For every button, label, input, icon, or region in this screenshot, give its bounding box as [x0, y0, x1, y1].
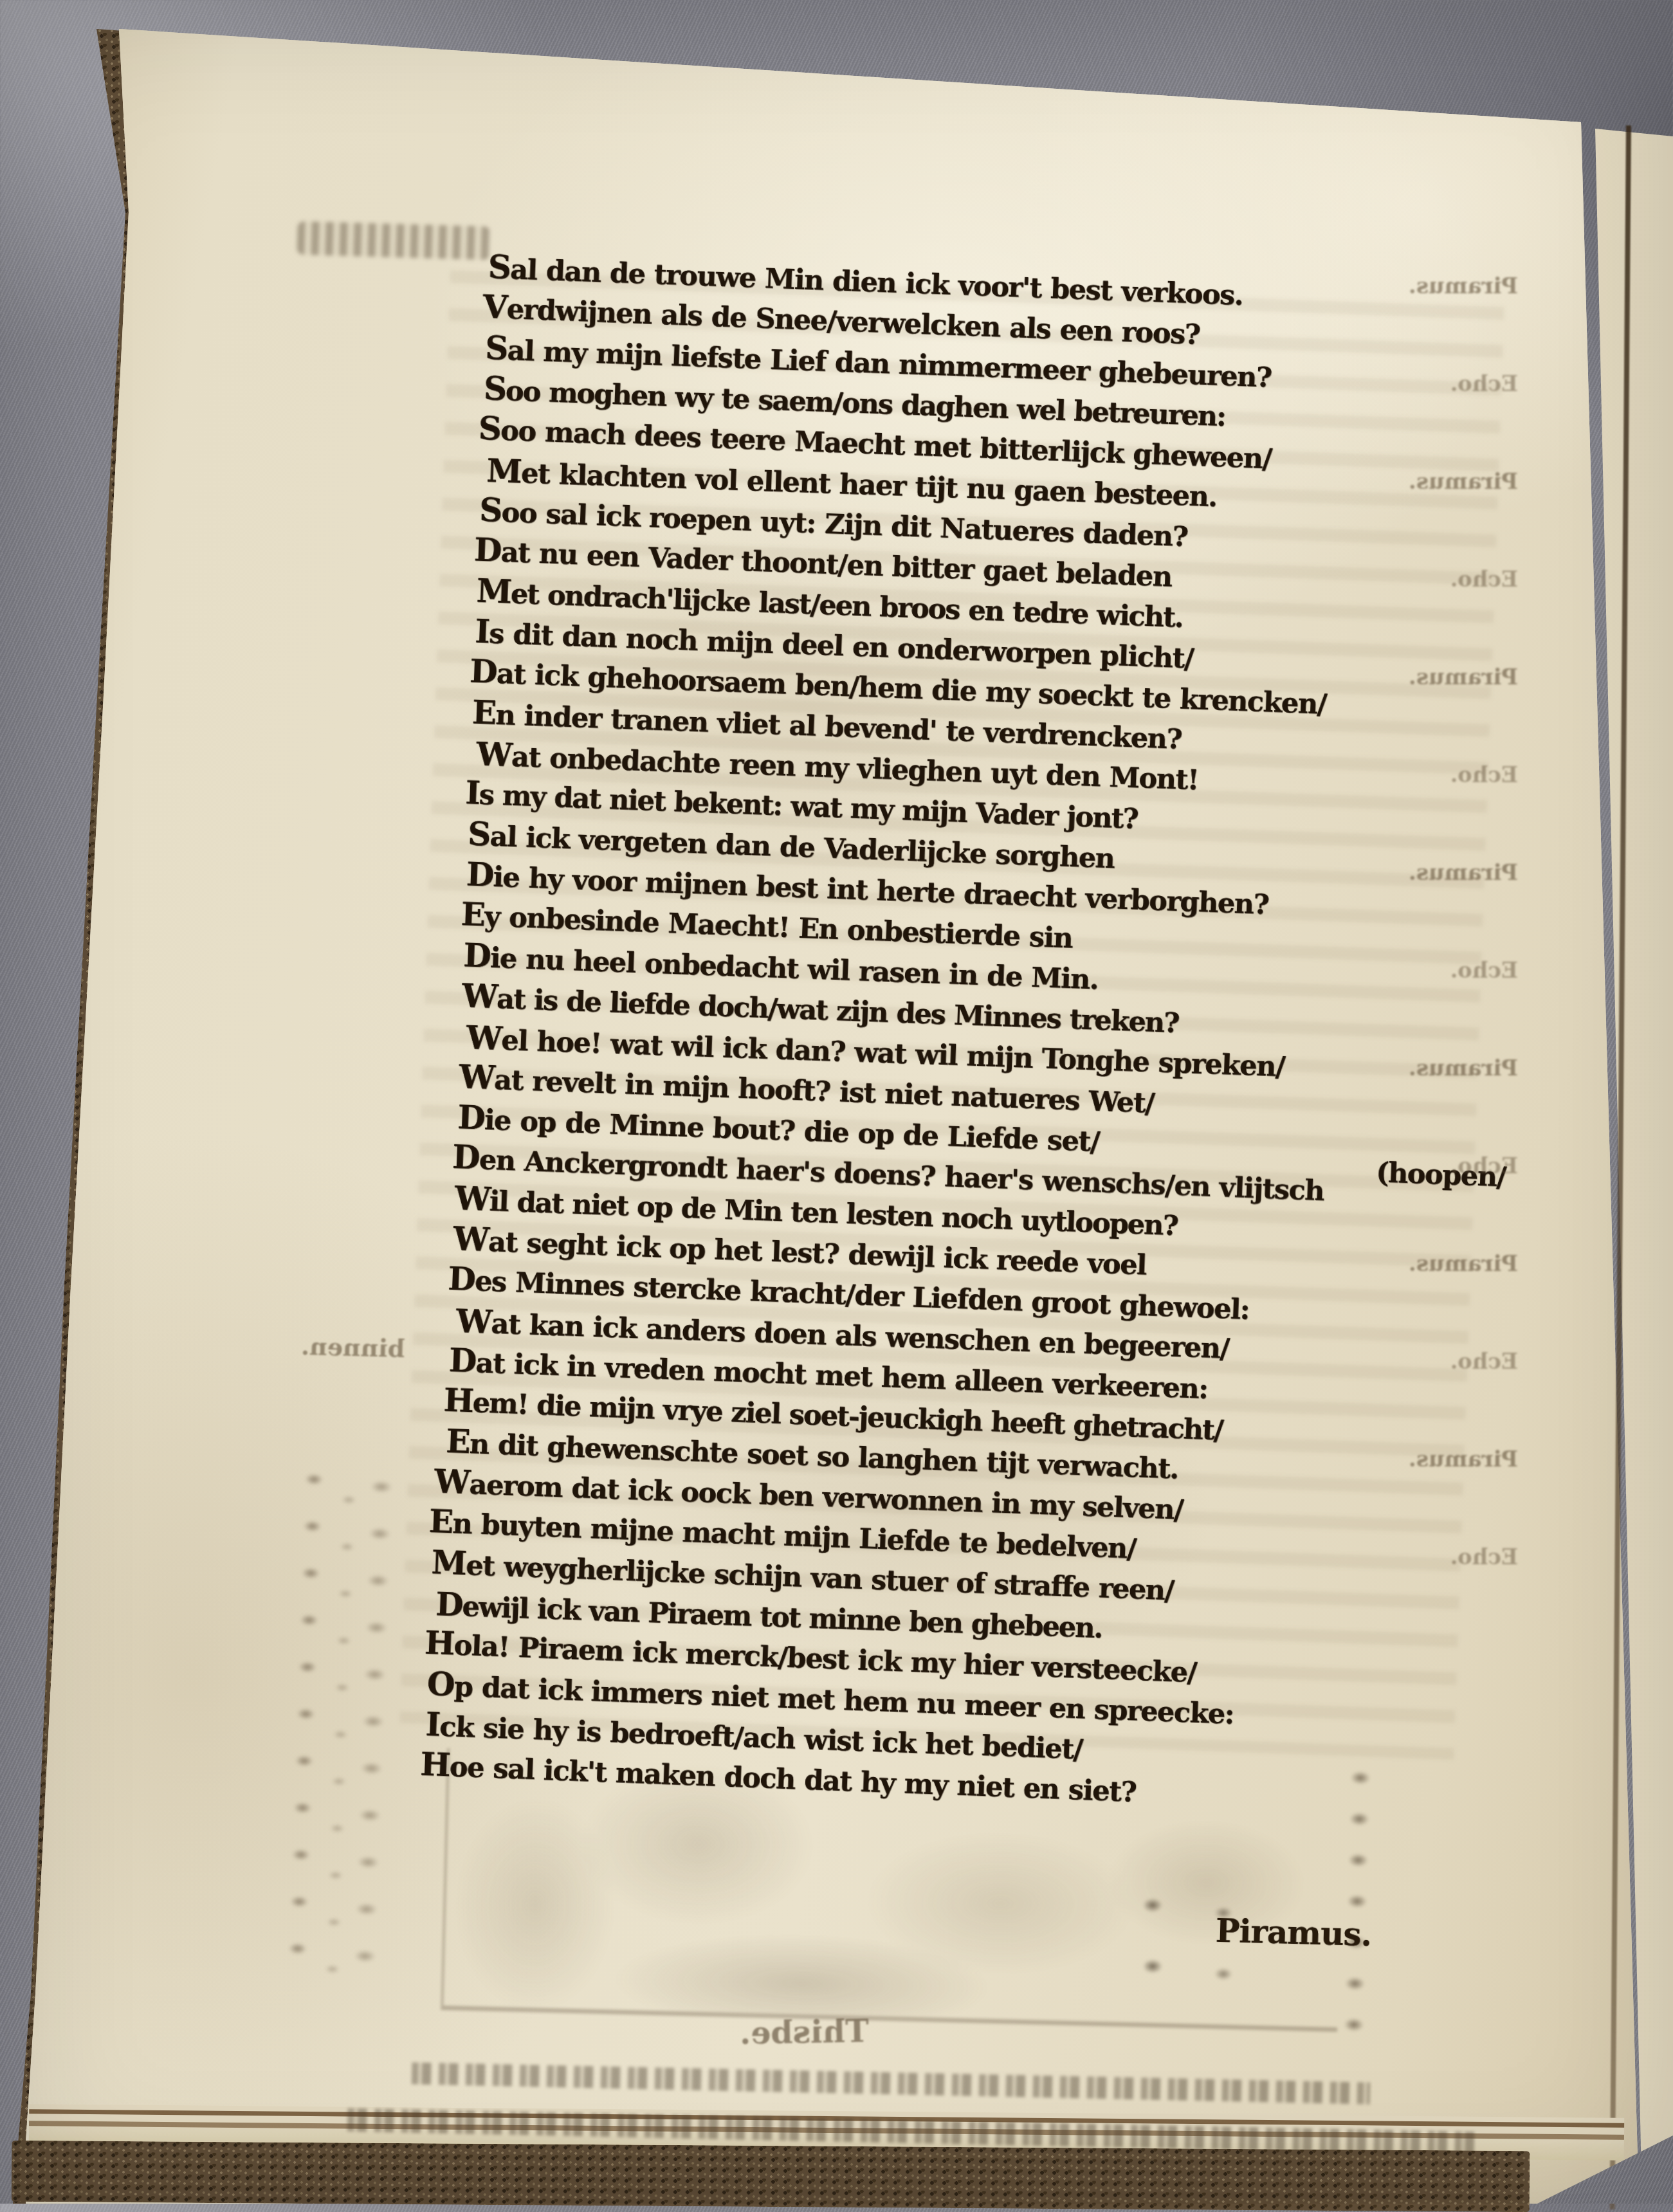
showthrough-speaker-name: Piramus.	[1357, 860, 1518, 886]
showthrough-speaker-name: Echo.	[1374, 1153, 1518, 1179]
showthrough-speaker-name: Piramus.	[1357, 469, 1518, 495]
showthrough-speaker-name: Echo.	[1374, 762, 1518, 788]
showthrough-heading-thisbe: Thisbe.	[740, 2012, 870, 2051]
showthrough-speaker-name: Echo.	[1374, 1544, 1518, 1570]
showthrough-smudge-top-left	[297, 221, 490, 260]
book-board-bottom-edge	[12, 2141, 1530, 2204]
showthrough-ornament-column-right	[1315, 1762, 1399, 2040]
showthrough-speaker-name: Echo.	[1374, 958, 1518, 983]
showthrough-speaker-name: Echo.	[1374, 567, 1518, 592]
showthrough-word-binnen: binnen.	[300, 1331, 405, 1363]
showthrough-speaker-name: Piramus.	[1357, 1056, 1518, 1081]
showthrough-speaker-name: Echo.	[1374, 1349, 1518, 1375]
showthrough-speaker-names-column: Piramus.Echo.Piramus.Echo.Piramus.Echo.P…	[1357, 273, 1518, 1642]
showthrough-speaker-name: Piramus.	[1357, 1447, 1518, 1472]
verse-text-block: (hoopen/ Sal dan de trouwe Min dien ick …	[434, 248, 1504, 1823]
showthrough-speaker-name: Piramus.	[1357, 273, 1518, 299]
showthrough-speaker-name: Echo.	[1374, 371, 1518, 397]
photo-of-open-book: (hoopen/ Sal dan de trouwe Min dien ick …	[0, 0, 1673, 2204]
showthrough-speaker-name: Piramus.	[1357, 1251, 1518, 1277]
showthrough-ornament-column-left	[268, 1464, 427, 1983]
showthrough-speaker-name: Piramus.	[1357, 664, 1518, 690]
catchword: Piramus.	[1215, 1912, 1372, 1953]
